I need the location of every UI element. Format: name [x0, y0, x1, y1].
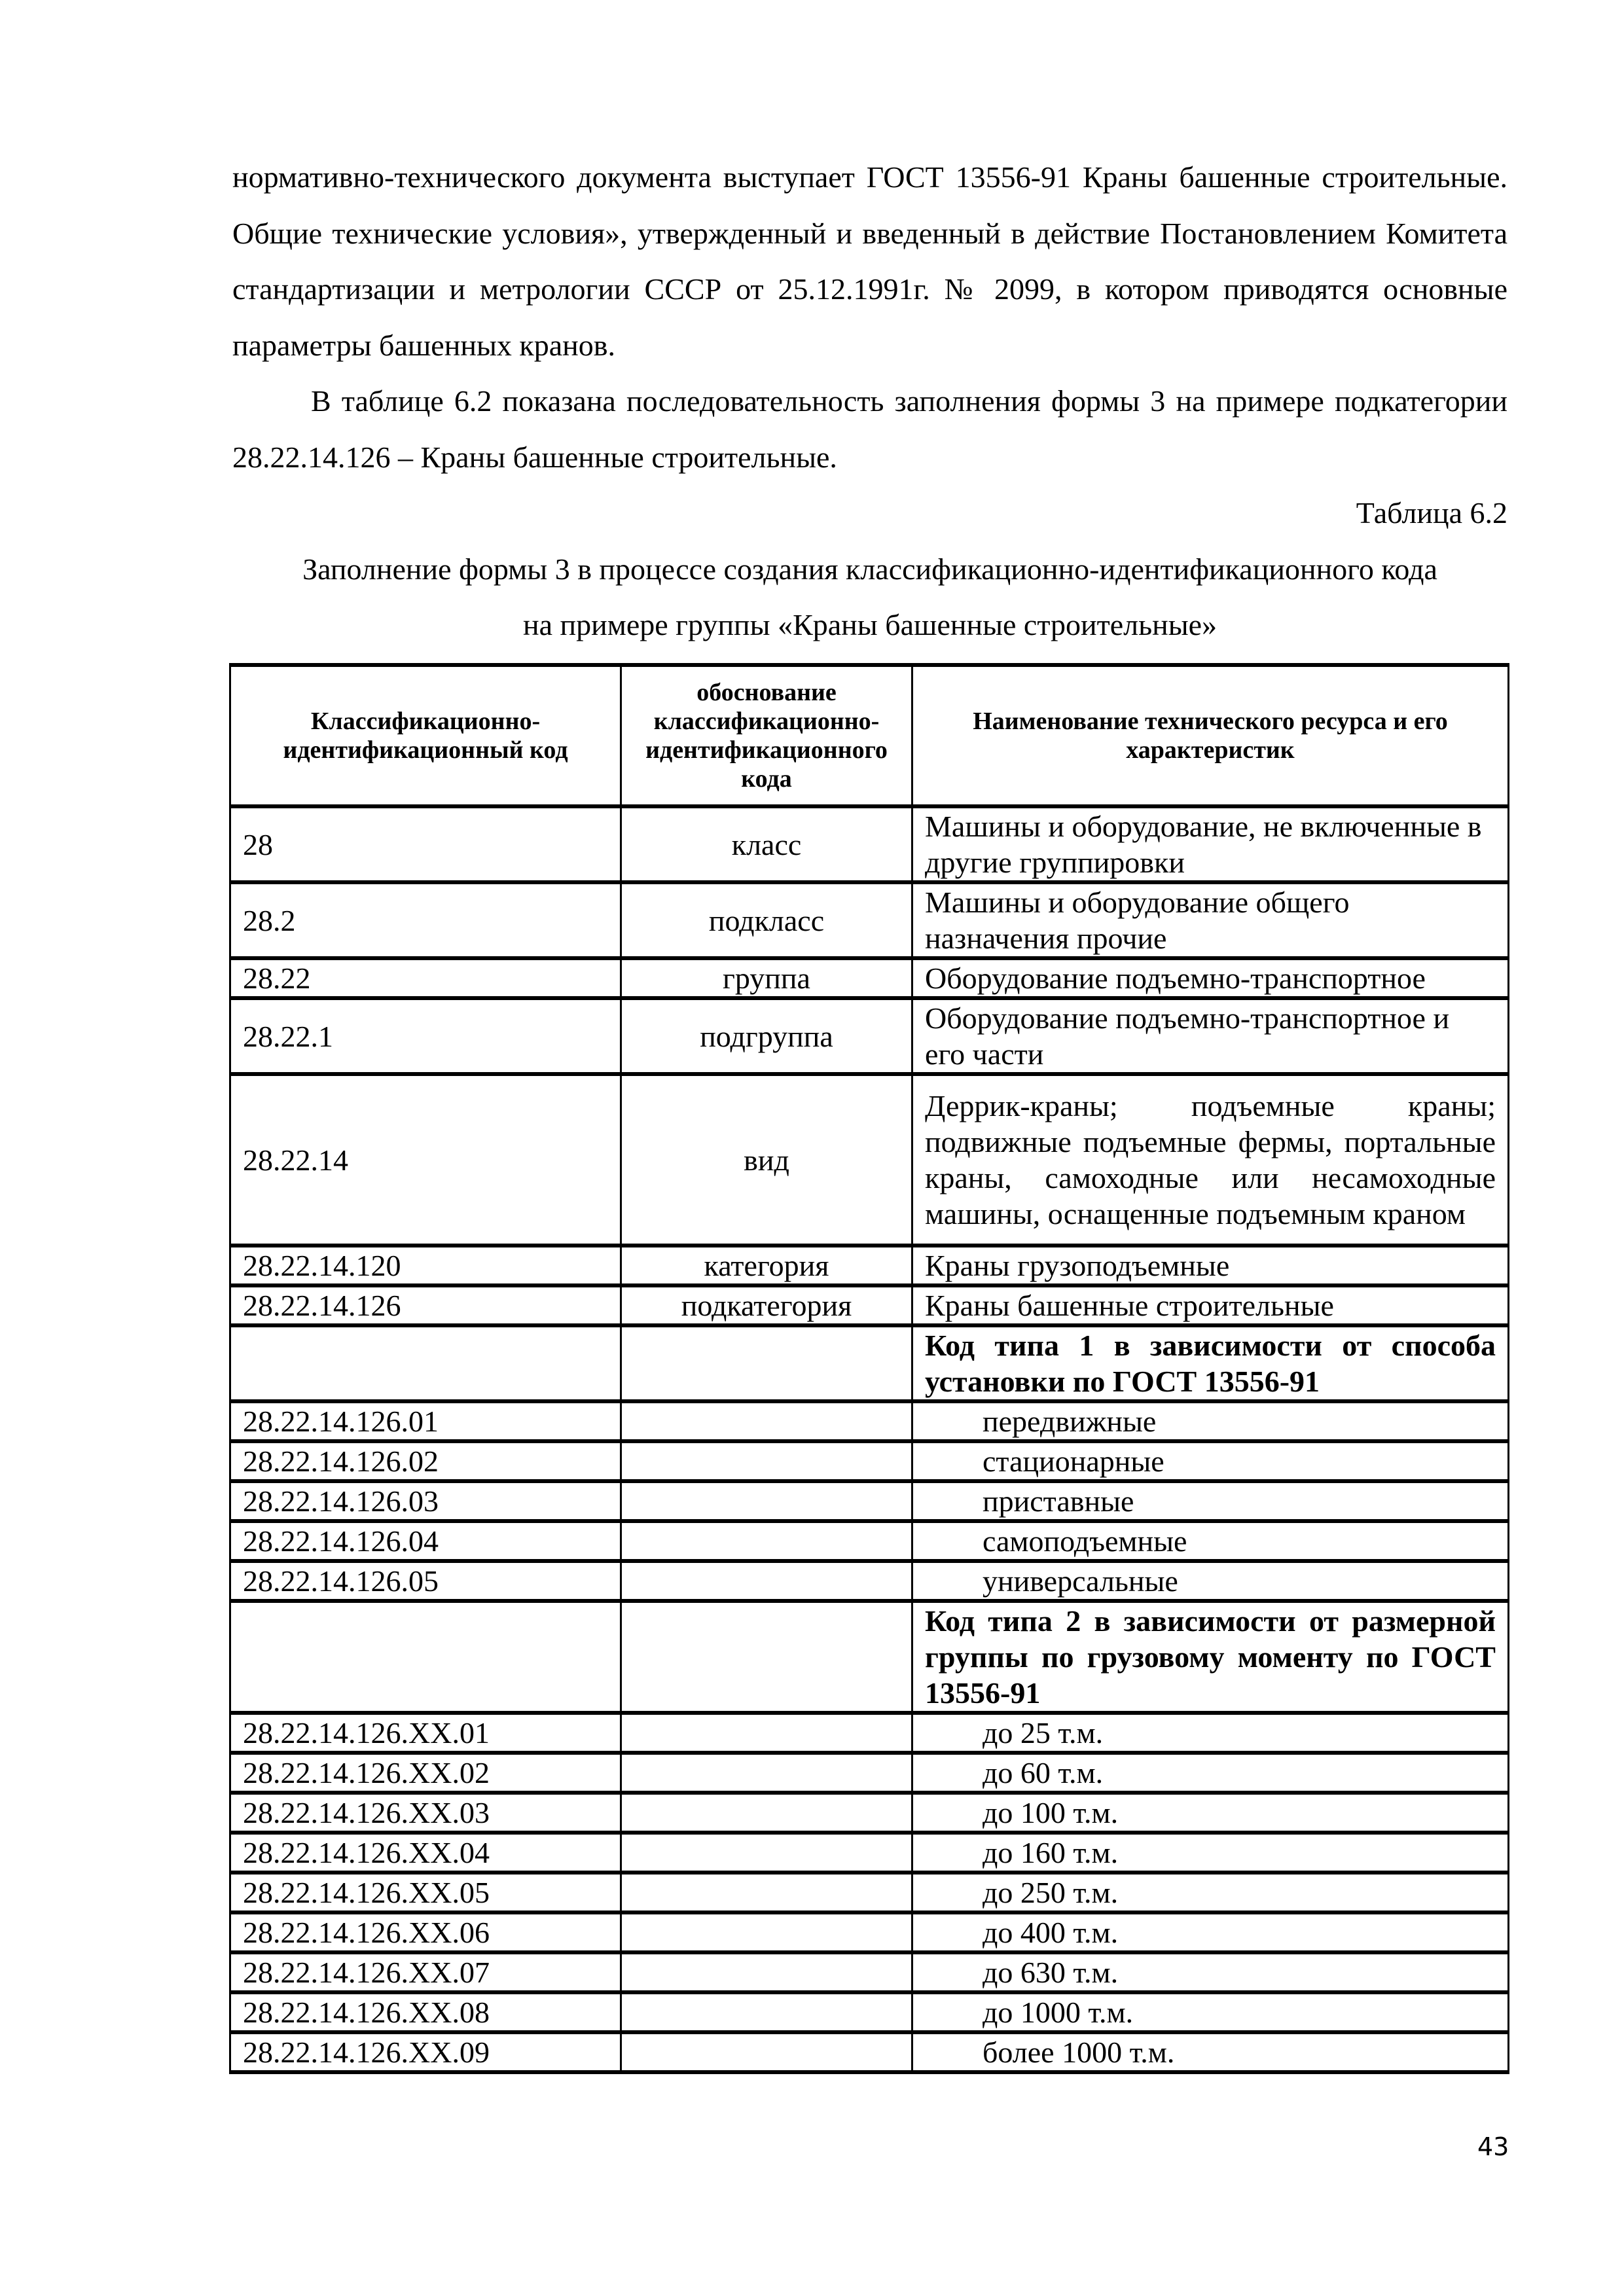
level-cell	[621, 1912, 912, 1952]
desc-cell: Оборудование подъемно-транспортное	[912, 958, 1509, 998]
code-cell: 28.22.14	[230, 1074, 621, 1246]
code-cell: 28.22.14.126.XX.02	[230, 1753, 621, 1793]
desc-cell: до 630 т.м.	[912, 1952, 1509, 1992]
table-row: 28.22.14 вид Деррик-краны; подъемные кра…	[230, 1074, 1509, 1246]
table-title: Заполнение формы 3 в процессе создания к…	[232, 541, 1507, 598]
table-row: 28.22.14.126.XX.02 до 60 т.м.	[230, 1753, 1509, 1793]
table-row: 28.22.14.126.02 стационарные	[230, 1441, 1509, 1481]
desc-cell: Машины и оборудование общего назначения …	[912, 882, 1509, 958]
desc-cell: Оборудование подъемно-транспортное и его…	[912, 998, 1509, 1074]
body-paragraph: нормативно-технического документа выступ…	[232, 149, 1507, 373]
code-cell: 28.22.14.126.02	[230, 1441, 621, 1481]
table-row: 28.22.14.126 подкатегория Краны башенные…	[230, 1285, 1509, 1325]
header-name: Наименование технического ресурса и его …	[912, 665, 1509, 806]
code-cell: 28.22.14.126.XX.01	[230, 1713, 621, 1753]
level-cell	[621, 1325, 912, 1401]
code-cell: 28.22.14.126.XX.08	[230, 1992, 621, 2032]
table-row: 28.22.14.120 категория Краны грузоподъем…	[230, 1246, 1509, 1285]
level-cell	[621, 1713, 912, 1753]
table-row: 28.22.14.126.03 приставные	[230, 1481, 1509, 1521]
table-header-row: Классификационно-идентификационный код о…	[230, 665, 1509, 806]
desc-cell: до 160 т.м.	[912, 1833, 1509, 1873]
code-cell: 28.22.1	[230, 998, 621, 1074]
code-cell: 28.22.14.126	[230, 1285, 621, 1325]
table-title: на примере группы «Краны башенные строит…	[232, 597, 1507, 653]
level-cell	[621, 1833, 912, 1873]
level-cell	[621, 2032, 912, 2072]
desc-cell: более 1000 т.м.	[912, 2032, 1509, 2072]
desc-cell: до 1000 т.м.	[912, 1992, 1509, 2032]
level-cell	[621, 1521, 912, 1561]
body-paragraph: В таблице 6.2 показана последовательност…	[232, 373, 1507, 485]
table-section-row: Код типа 1 в зависимости от способа уста…	[230, 1325, 1509, 1401]
code-cell: 28.22.14.126.XX.07	[230, 1952, 621, 1992]
section-heading-cell: Код типа 1 в зависимости от способа уста…	[912, 1325, 1509, 1401]
table-row: 28.22.14.126.XX.09 более 1000 т.м.	[230, 2032, 1509, 2072]
code-cell: 28.22.14.126.XX.09	[230, 2032, 621, 2072]
header-code: Классификационно-идентификационный код	[230, 665, 621, 806]
level-cell	[621, 1992, 912, 2032]
code-cell: 28.22.14.126.04	[230, 1521, 621, 1561]
table-row: 28.22.14.126.05 универсальные	[230, 1561, 1509, 1601]
level-cell	[621, 1793, 912, 1833]
level-cell	[621, 1873, 912, 1912]
code-cell: 28.22.14.126.03	[230, 1481, 621, 1521]
code-cell: 28.22	[230, 958, 621, 998]
code-cell: 28	[230, 806, 621, 882]
code-cell: 28.22.14.126.XX.04	[230, 1833, 621, 1873]
table-row: 28.22.14.126.01 передвижные	[230, 1401, 1509, 1441]
level-cell: группа	[621, 958, 912, 998]
code-cell	[230, 1325, 621, 1401]
table-row: 28.22.14.126.XX.08 до 1000 т.м.	[230, 1992, 1509, 2032]
code-cell: 28.22.14.120	[230, 1246, 621, 1285]
table-row: 28 класс Машины и оборудование, не включ…	[230, 806, 1509, 882]
table-row: 28.2 подкласс Машины и оборудование обще…	[230, 882, 1509, 958]
level-cell: категория	[621, 1246, 912, 1285]
level-cell: подкатегория	[621, 1285, 912, 1325]
desc-cell: самоподъемные	[912, 1521, 1509, 1561]
level-cell	[621, 1481, 912, 1521]
desc-cell: Краны грузоподъемные	[912, 1246, 1509, 1285]
table-row: 28.22.14.126.04 самоподъемные	[230, 1521, 1509, 1561]
desc-cell: Деррик-краны; подъемные краны; подвижные…	[912, 1074, 1509, 1246]
page-number: 43	[1477, 2132, 1509, 2161]
code-cell	[230, 1601, 621, 1713]
table-row: 28.22.14.126.XX.07 до 630 т.м.	[230, 1952, 1509, 1992]
code-cell: 28.22.14.126.XX.03	[230, 1793, 621, 1833]
code-cell: 28.22.14.126.05	[230, 1561, 621, 1601]
header-justification: обоснование классификационно-идентификац…	[621, 665, 912, 806]
desc-cell: универсальные	[912, 1561, 1509, 1601]
table-row: 28.22.1 подгруппа Оборудование подъемно-…	[230, 998, 1509, 1074]
table-row: 28.22.14.126.XX.05 до 250 т.м.	[230, 1873, 1509, 1912]
code-cell: 28.22.14.126.XX.05	[230, 1873, 621, 1912]
level-cell	[621, 1561, 912, 1601]
level-cell: подгруппа	[621, 998, 912, 1074]
desc-cell: Краны башенные строительные	[912, 1285, 1509, 1325]
desc-cell: до 250 т.м.	[912, 1873, 1509, 1912]
table-row: 28.22.14.126.XX.03 до 100 т.м.	[230, 1793, 1509, 1833]
table-label: Таблица 6.2	[232, 485, 1507, 541]
level-cell	[621, 1441, 912, 1481]
level-cell: класс	[621, 806, 912, 882]
level-cell: подкласс	[621, 882, 912, 958]
level-cell	[621, 1601, 912, 1713]
table-row: 28.22 группа Оборудование подъемно-транс…	[230, 958, 1509, 998]
table-row: 28.22.14.126.XX.04 до 160 т.м.	[230, 1833, 1509, 1873]
desc-cell: до 60 т.м.	[912, 1753, 1509, 1793]
level-cell	[621, 1753, 912, 1793]
level-cell: вид	[621, 1074, 912, 1246]
classification-table: Классификационно-идентификационный код о…	[229, 663, 1509, 2074]
desc-cell: Машины и оборудование, не включенные в д…	[912, 806, 1509, 882]
level-cell	[621, 1401, 912, 1441]
page-body: нормативно-технического документа выступ…	[232, 149, 1507, 653]
code-cell: 28.22.14.126.XX.06	[230, 1912, 621, 1952]
desc-cell: до 400 т.м.	[912, 1912, 1509, 1952]
table-row: 28.22.14.126.XX.01 до 25 т.м.	[230, 1713, 1509, 1753]
table-section-row: Код типа 2 в зависимости от размерной гр…	[230, 1601, 1509, 1713]
table-row: 28.22.14.126.XX.06 до 400 т.м.	[230, 1912, 1509, 1952]
code-cell: 28.22.14.126.01	[230, 1401, 621, 1441]
desc-cell: передвижные	[912, 1401, 1509, 1441]
section-heading-cell: Код типа 2 в зависимости от размерной гр…	[912, 1601, 1509, 1713]
code-cell: 28.2	[230, 882, 621, 958]
level-cell	[621, 1952, 912, 1992]
desc-cell: до 25 т.м.	[912, 1713, 1509, 1753]
desc-cell: приставные	[912, 1481, 1509, 1521]
desc-cell: стационарные	[912, 1441, 1509, 1481]
desc-cell: до 100 т.м.	[912, 1793, 1509, 1833]
